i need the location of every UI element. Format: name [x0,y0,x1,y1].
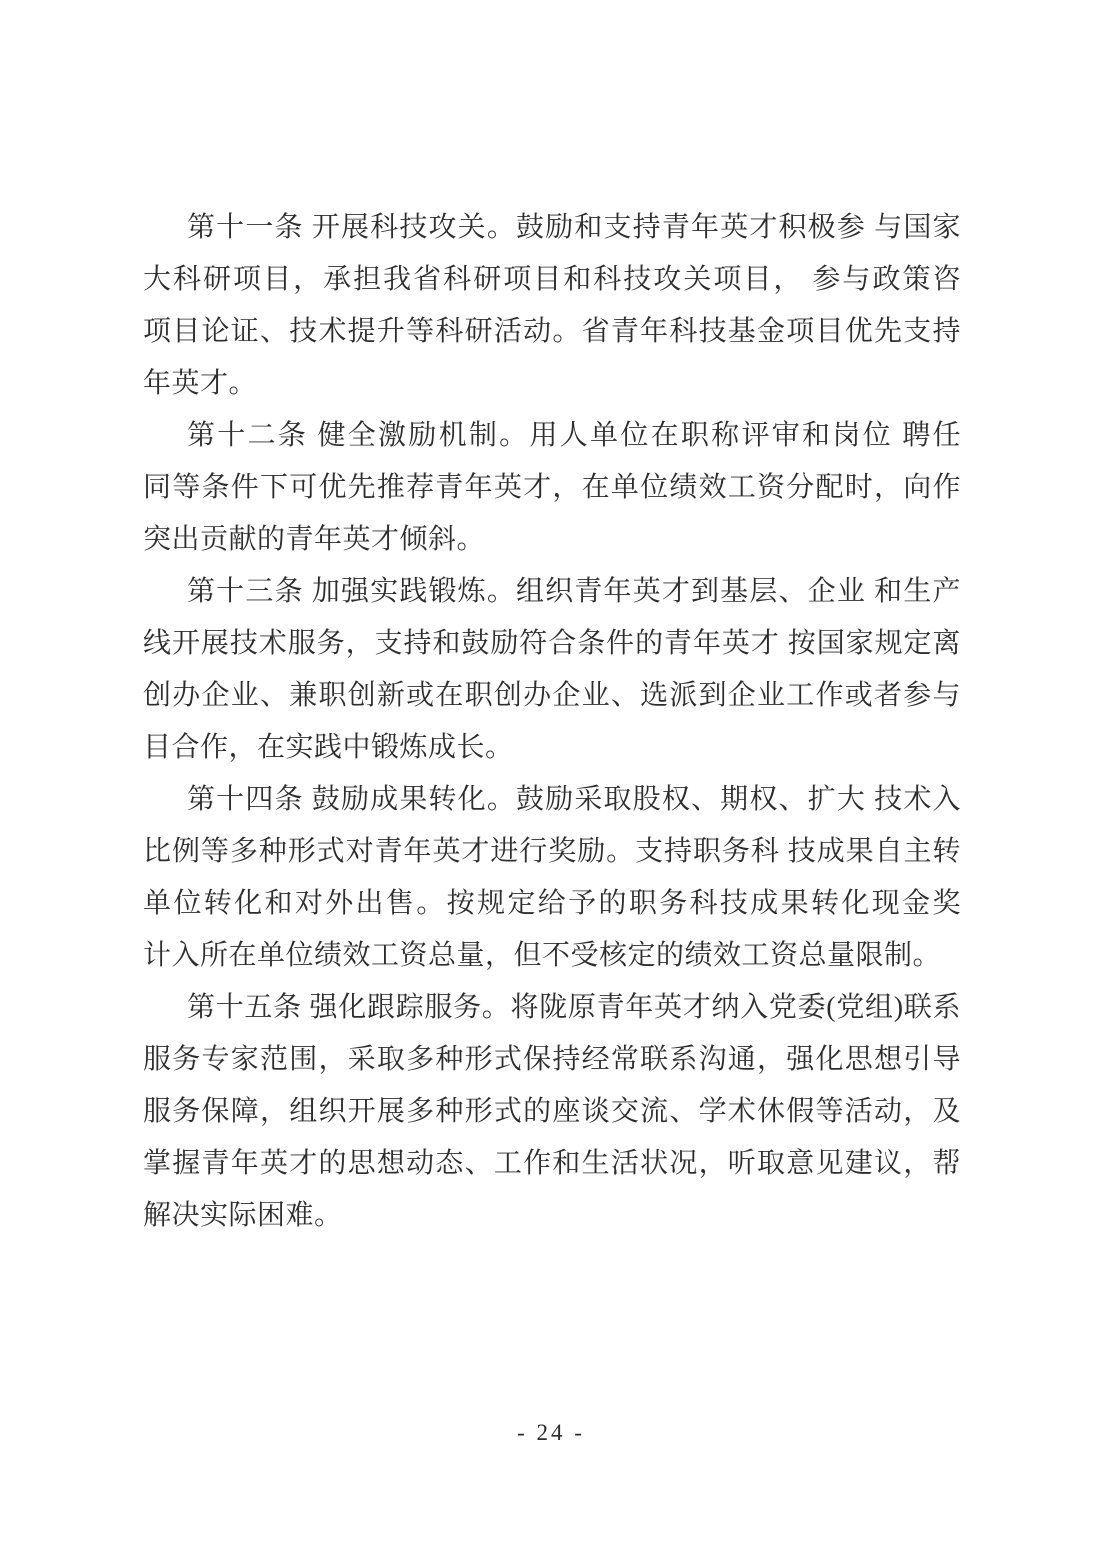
text-line: 同等条件下可优先推荐青年英才，在单位绩效工资分配时，向作出 [143,462,961,514]
article-12-paragraph: 第十二条 健全激励机制。用人单位在职称评审和岗位 聘任时， 同等条件下可优先推荐… [143,410,961,566]
article-13-paragraph: 第十三条 加强实践锻炼。组织青年英才到基层、企业 和生产一 线开展技术服务，支持… [143,566,961,774]
text-line: 第十二条 健全激励机制。用人单位在职称评审和岗位 聘任时， [143,410,961,462]
document-body: 第十一条 开展科技攻关。鼓励和支持青年英才积极参 与国家重 大科研项目，承担我省… [143,202,961,1242]
text-line: 单位转化和对外出售。按规定给予的职务科技成果转化现金奖励， [143,878,961,930]
article-11-paragraph: 第十一条 开展科技攻关。鼓励和支持青年英才积极参 与国家重 大科研项目，承担我省… [143,202,961,410]
text-line: 掌握青年英才的思想动态、工作和生活状况，听取意见建议，帮助 [143,1138,961,1190]
text-line: 突出贡献的青年英才倾斜。 [143,514,961,566]
text-line: 第十一条 开展科技攻关。鼓励和支持青年英才积极参 与国家重 [143,202,961,254]
text-line: 大科研项目，承担我省科研项目和科技攻关项目， 参与政策咨询、 [143,254,961,306]
text-line: 第十三条 加强实践锻炼。组织青年英才到基层、企业 和生产一 [143,566,961,618]
text-line: 解决实际困难。 [143,1190,961,1242]
page-number: - 24 - [517,1420,585,1445]
text-line: 比例等多种形式对青年英才进行奖励。支持职务科 技成果自主转化、 [143,826,961,878]
text-line: 服务专家范围，采取多种形式保持经常联系沟通，强化思想引导和 [143,1034,961,1086]
page-footer: - 24 - [0,1420,1102,1446]
document-page: 第十一条 开展科技攻关。鼓励和支持青年英才积极参 与国家重 大科研项目，承担我省… [0,0,1102,1559]
article-15-paragraph: 第十五条 强化跟踪服务。将陇原青年英才纳入党委(党组)联系 服务专家范围，采取多… [143,982,961,1242]
text-line: 服务保障，组织开展多种形式的座谈交流、学术休假等活动，及时 [143,1086,961,1138]
text-line: 创办企业、兼职创新或在职创办企业、选派到企业工作或者参与项 [143,670,961,722]
text-line: 目合作，在实践中锻炼成长。 [143,722,961,774]
text-line: 计入所在单位绩效工资总量，但不受核定的绩效工资总量限制。 [143,930,961,982]
text-line: 第十四条 鼓励成果转化。鼓励采取股权、期权、扩大 技术入股 [143,774,961,826]
text-line: 线开展技术服务，支持和鼓励符合条件的青年英才 按国家规定离岗 [143,618,961,670]
article-14-paragraph: 第十四条 鼓励成果转化。鼓励采取股权、期权、扩大 技术入股 比例等多种形式对青年… [143,774,961,982]
text-line: 项目论证、技术提升等科研活动。省青年科技基金项目优先支持青 [143,306,961,358]
text-line: 第十五条 强化跟踪服务。将陇原青年英才纳入党委(党组)联系 [143,982,961,1034]
text-line: 年英才。 [143,358,961,410]
